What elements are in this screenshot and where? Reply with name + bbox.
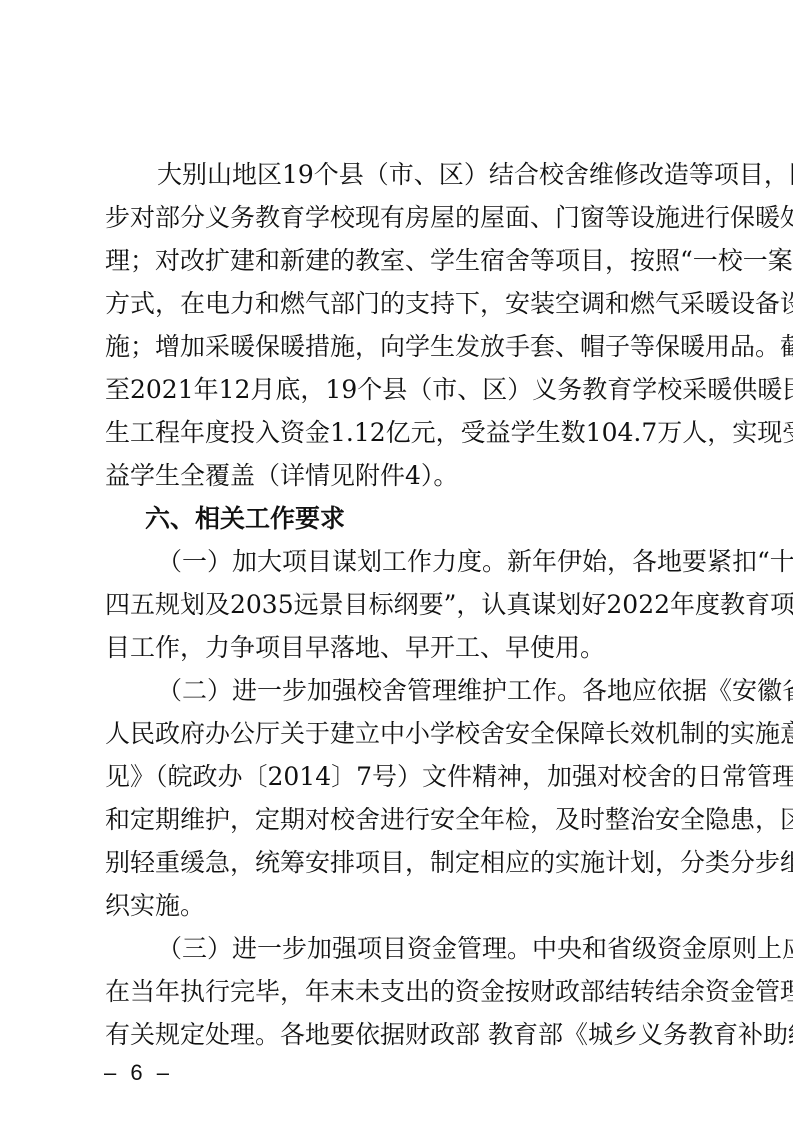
paragraph-4-line-2: 在当年执行完毕，年末未支出的资金按财政部结转结余资金管理: [105, 977, 693, 1007]
paragraph-3-line-6: 织实施。: [105, 891, 693, 921]
paragraph-4-line-3: 有关规定处理。各地要依据财政部 教育部《城乡义务教育补助经: [105, 1020, 693, 1050]
paragraph-3-line-4: 和定期维护，定期对校舍进行安全年检，及时整治安全隐患，区: [105, 805, 693, 835]
paragraph-1-line-7: 生工程年度投入资金1.12亿元，受益学生数104.7万人，实现受: [105, 418, 693, 448]
paragraph-3-line-5: 别轻重缓急，统筹安排项目，制定相应的实施计划，分类分步组: [105, 848, 693, 878]
paragraph-1-line-8: 益学生全覆盖（详情见附件4）。: [105, 461, 693, 491]
document-page: 大别山地区19个县（市、区）结合校舍维修改造等项目，同 步对部分义务教育学校现有…: [0, 0, 793, 1122]
paragraph-2-line-3: 目工作，力争项目早落地、早开工、早使用。: [105, 633, 693, 663]
paragraph-3-line-1: （二）进一步加强校舍管理维护工作。各地应依据《安徽省: [105, 676, 693, 706]
section-heading: 六、相关工作要求: [105, 504, 693, 534]
paragraph-1-line-3: 理；对改扩建和新建的教室、学生宿舍等项目，按照“一校一案”: [105, 246, 693, 276]
paragraph-2-line-1: （一）加大项目谋划工作力度。新年伊始，各地要紧扣“十: [105, 547, 693, 577]
paragraph-1-line-2: 步对部分义务教育学校现有房屋的屋面、门窗等设施进行保暖处: [105, 203, 693, 233]
paragraph-1-line-5: 施；增加采暖保暖措施，向学生发放手套、帽子等保暖用品。截: [105, 332, 693, 362]
paragraph-3-line-2: 人民政府办公厅关于建立中小学校舍安全保障长效机制的实施意: [105, 719, 693, 749]
paragraph-4-line-1: （三）进一步加强项目资金管理。中央和省级资金原则上应: [105, 934, 693, 964]
page-number: – 6 –: [104, 1060, 173, 1086]
paragraph-3-line-3: 见》（皖政办〔2014〕7号）文件精神，加强对校舍的日常管理: [105, 762, 693, 792]
paragraph-1-line-4: 方式，在电力和燃气部门的支持下，安装空调和燃气采暖设备设: [105, 289, 693, 319]
paragraph-1-line-1: 大别山地区19个县（市、区）结合校舍维修改造等项目，同: [105, 160, 693, 190]
paragraph-1-line-6: 至2021年12月底，19个县（市、区）义务教育学校采暖供暖民: [105, 375, 693, 405]
paragraph-2-line-2: 四五规划及2035远景目标纲要”，认真谋划好2022年度教育项: [105, 590, 693, 620]
